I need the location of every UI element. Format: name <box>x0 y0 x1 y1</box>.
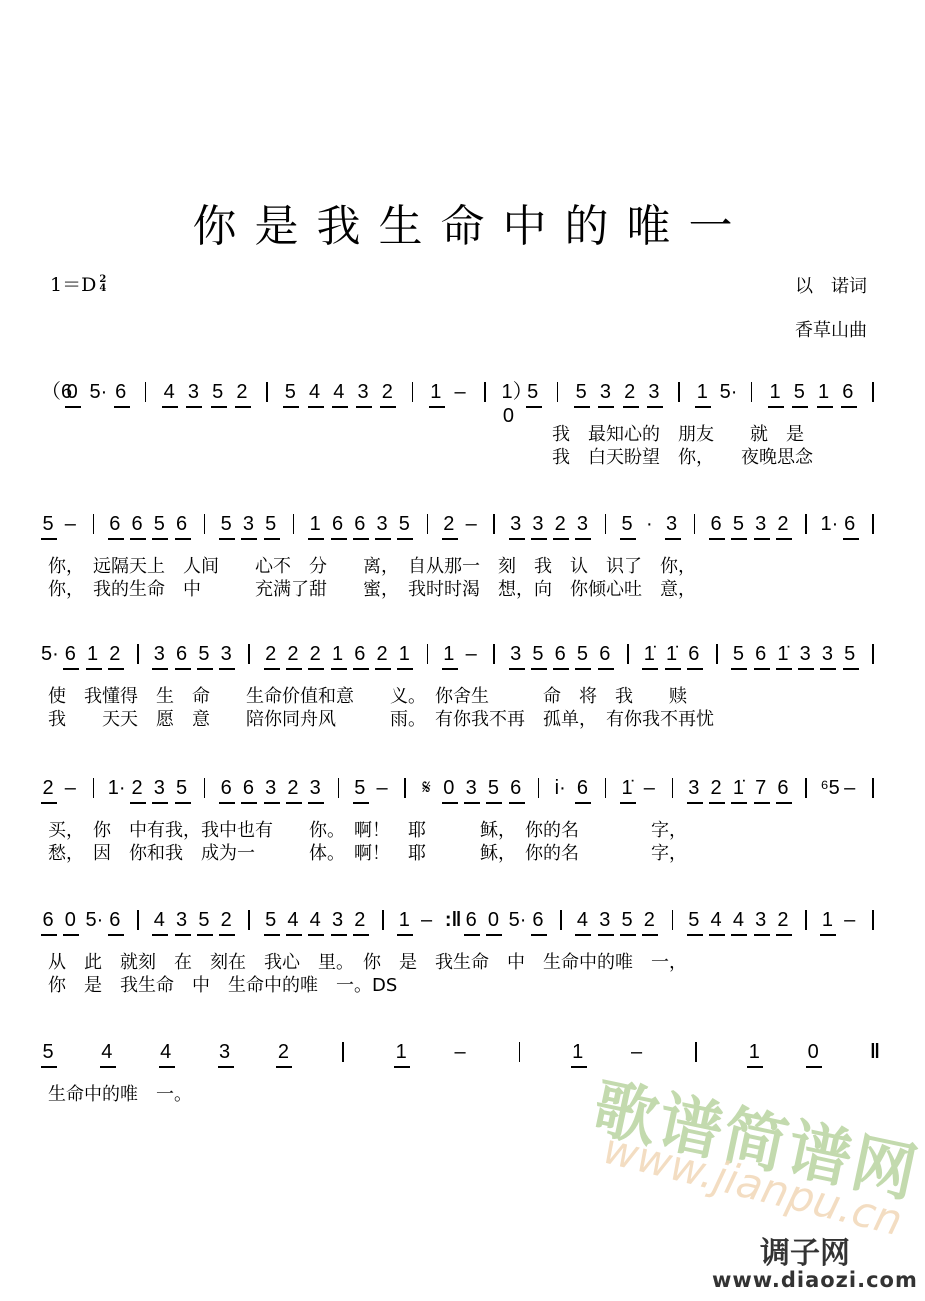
note: 2 <box>380 380 394 404</box>
note: ⁶5 <box>820 776 834 800</box>
note: 2 <box>375 642 389 666</box>
underline-beam <box>731 802 747 804</box>
note: 1 <box>820 908 834 932</box>
underline-beam <box>331 934 347 936</box>
note: 1̇ <box>642 642 656 666</box>
note: 1 <box>308 512 322 536</box>
note: i· <box>553 776 567 800</box>
note: 2 <box>286 776 300 800</box>
note: 4 <box>162 380 176 404</box>
bar-line <box>145 382 147 402</box>
notation-line: 2–1·235663235–𝄋0356i·61̇–321̇76⁶5– <box>0 776 925 816</box>
note: 5· <box>86 908 100 932</box>
note: 6 <box>843 512 857 536</box>
note: 4 <box>308 380 322 404</box>
bar-line <box>404 778 406 798</box>
note: 3 <box>219 642 233 666</box>
note: 6 <box>114 380 128 404</box>
double-bar-line: ‖ <box>868 1040 882 1064</box>
underline-beam <box>286 934 302 936</box>
note: 4 <box>308 908 322 932</box>
underline-beam <box>219 802 235 804</box>
underline-beam <box>526 406 542 408</box>
watermark-site-url: www.diaozi.com <box>712 1268 918 1292</box>
note: 3 <box>665 512 679 536</box>
underline-beam <box>152 538 168 540</box>
bar-line <box>412 382 414 402</box>
note: 6 <box>509 776 523 800</box>
note: 2 <box>553 512 567 536</box>
underline-beam <box>397 668 413 670</box>
note: 5 <box>620 908 634 932</box>
underline-beam <box>108 538 124 540</box>
note: – <box>464 642 478 666</box>
note: 2 <box>264 642 278 666</box>
underline-beam <box>175 668 191 670</box>
bar-line <box>266 382 268 402</box>
note: 3 <box>798 642 812 666</box>
note: 3 <box>509 642 523 666</box>
lyrics-verse-2: 我 天天 愿 意 陪你同舟风 雨。 有你我不再 孤单， 有你我不再忧 <box>48 709 714 731</box>
note: 5 <box>175 776 189 800</box>
underline-beam <box>754 802 770 804</box>
bar-line <box>248 910 250 930</box>
underline-beam <box>574 406 590 408</box>
bar-line <box>805 778 807 798</box>
note: 4 <box>152 908 166 932</box>
note: 0 <box>442 776 456 800</box>
underline-beam <box>219 934 235 936</box>
note: 5 <box>283 380 297 404</box>
note: 6 <box>175 642 189 666</box>
underline-beam <box>63 934 79 936</box>
bar-line <box>627 644 629 664</box>
note: 6 <box>219 776 233 800</box>
notation-line: （605·64352544321–1）05532315·1516 <box>0 380 925 420</box>
underline-beam <box>152 802 168 804</box>
underline-beam <box>792 406 808 408</box>
note: 1 <box>695 380 709 404</box>
note: 5· <box>41 642 55 666</box>
double-bar-line: :‖ <box>445 908 459 932</box>
watermark-site: 调子网 <box>760 1228 850 1272</box>
note: 3 <box>531 512 545 536</box>
underline-beam <box>264 668 280 670</box>
note: 5 <box>731 512 745 536</box>
underline-beam <box>218 1066 234 1068</box>
underline-beam <box>776 668 792 670</box>
note: 3 <box>175 908 189 932</box>
note: 1）0 <box>501 380 515 428</box>
note: 1 <box>571 1040 585 1064</box>
note: 2 <box>308 642 322 666</box>
note: 5 <box>211 380 225 404</box>
underline-beam <box>486 802 502 804</box>
note: 6 <box>41 908 55 932</box>
underline-beam <box>308 668 324 670</box>
note: 5 <box>575 642 589 666</box>
note: 4 <box>159 1040 173 1064</box>
note: 1 <box>817 380 831 404</box>
underline-beam <box>175 538 191 540</box>
bar-line <box>427 644 429 664</box>
bar-line <box>137 644 139 664</box>
bar-line <box>872 644 874 664</box>
note: 3 <box>356 380 370 404</box>
note: 5 <box>531 642 545 666</box>
bar-line <box>716 644 718 664</box>
note: 1̇ <box>731 776 745 800</box>
underline-beam <box>442 668 458 670</box>
note: 3 <box>152 776 166 800</box>
bar-line <box>560 910 562 930</box>
underline-beam <box>687 668 703 670</box>
underline-beam <box>108 668 124 670</box>
bar-line <box>605 514 607 534</box>
watermark-cn: 歌谱简谱网 <box>586 1057 925 1216</box>
composer-credit: 香草山曲 <box>795 316 867 342</box>
note: 3 <box>754 512 768 536</box>
note: – <box>464 512 478 536</box>
underline-beam <box>531 538 547 540</box>
note: 3 <box>464 776 478 800</box>
bar-line <box>338 778 340 798</box>
underline-beam <box>754 538 770 540</box>
underline-beam <box>235 406 251 408</box>
lyrics-verse-2: 你， 我的生命 中 充满了甜 蜜， 我时时渴 想，向 你倾心吐 意， <box>48 579 696 601</box>
note: 1· <box>820 512 834 536</box>
bar-line <box>293 514 295 534</box>
underline-beam <box>575 934 591 936</box>
note: 2 <box>623 380 637 404</box>
note: 5 <box>152 512 166 536</box>
underline-beam <box>264 802 280 804</box>
underline-beam <box>442 538 458 540</box>
underline-beam <box>197 668 213 670</box>
note: 6 <box>754 642 768 666</box>
bar-line <box>137 910 139 930</box>
underline-beam <box>509 538 525 540</box>
note: 2 <box>41 776 55 800</box>
underline-beam <box>776 538 792 540</box>
note: 3 <box>331 908 345 932</box>
time-signature: 2 4 <box>99 275 106 293</box>
note: 2 <box>642 908 656 932</box>
underline-beam <box>211 406 227 408</box>
bar-line <box>872 910 874 930</box>
note: 2 <box>276 1040 290 1064</box>
note: – <box>63 776 77 800</box>
bar-line <box>695 1042 697 1062</box>
underline-beam <box>264 934 280 936</box>
bar-line <box>538 778 540 798</box>
underline-beam <box>41 1066 57 1068</box>
underline-beam <box>332 406 348 408</box>
note: 5 <box>41 1040 55 1064</box>
underline-beam <box>353 538 369 540</box>
bar-line <box>672 910 674 930</box>
lyrics-verse-2: 我 白天盼望 你， 夜晚思念 <box>552 447 813 469</box>
bar-line <box>694 514 696 534</box>
note: 2 <box>776 512 790 536</box>
note: 1 <box>397 642 411 666</box>
note: 6 <box>575 776 589 800</box>
bar-line <box>805 514 807 534</box>
note: 2 <box>130 776 144 800</box>
underline-beam <box>687 934 703 936</box>
underline-beam <box>175 934 191 936</box>
note: 5 <box>792 380 806 404</box>
note: 1 <box>442 642 456 666</box>
note: 5 <box>574 380 588 404</box>
underline-beam <box>429 406 445 408</box>
note: 5 <box>264 512 278 536</box>
underline-beam <box>375 538 391 540</box>
note: 1̇ <box>776 642 790 666</box>
song-title: 你是我生命中的唯一 <box>0 190 925 254</box>
note: 4 <box>709 908 723 932</box>
bar-line <box>872 514 874 534</box>
note: 6 <box>175 512 189 536</box>
note: 2 <box>219 908 233 932</box>
note: 6 <box>108 512 122 536</box>
note: 5 <box>687 908 701 932</box>
note: 3 <box>647 380 661 404</box>
note: – <box>375 776 389 800</box>
note: 6 <box>553 642 567 666</box>
underline-beam <box>331 668 347 670</box>
underline-beam <box>353 668 369 670</box>
underline-beam <box>353 802 369 804</box>
note: 1 <box>429 380 443 404</box>
notation-line: 605·64352544321–:‖605·64352544321– <box>0 908 925 948</box>
underline-beam <box>219 538 235 540</box>
bar-line <box>605 778 607 798</box>
underline-beam <box>308 406 324 408</box>
note: 2 <box>286 642 300 666</box>
underline-beam <box>397 934 413 936</box>
underline-beam <box>375 668 391 670</box>
bar-line <box>751 382 753 402</box>
underline-beam <box>308 934 324 936</box>
underline-beam <box>286 668 302 670</box>
note: 3 <box>687 776 701 800</box>
note: 3 <box>152 642 166 666</box>
underline-beam <box>754 668 770 670</box>
underline-beam <box>152 668 168 670</box>
note: – <box>843 908 857 932</box>
underline-beam <box>598 668 614 670</box>
underline-beam <box>623 406 639 408</box>
underline-beam <box>464 934 480 936</box>
note: – <box>420 908 434 932</box>
underline-beam <box>175 802 191 804</box>
note: 4 <box>575 908 589 932</box>
underline-beam <box>397 538 413 540</box>
underline-beam <box>553 668 569 670</box>
underline-beam <box>331 538 347 540</box>
underline-beam <box>308 538 324 540</box>
underline-beam <box>776 934 792 936</box>
note: 5· <box>89 380 103 404</box>
underline-beam <box>100 1066 116 1068</box>
key-label: 1＝D <box>50 270 96 297</box>
note: （6 <box>41 380 55 404</box>
underline-beam <box>283 406 299 408</box>
note: 3 <box>186 380 200 404</box>
note: 𝄋 <box>420 776 434 800</box>
underline-beam <box>114 406 130 408</box>
underline-beam <box>108 934 124 936</box>
lyrics-verse-2: 你 是 我生命 中 生命中的唯 一。DS <box>48 975 397 997</box>
bar-line <box>93 514 95 534</box>
bar-line <box>672 778 674 798</box>
underline-beam <box>41 934 57 936</box>
note: 5 <box>197 642 211 666</box>
underline-beam <box>642 934 658 936</box>
lyrics-verse-2: 愁， 因 你和我 成为一 体。 啊！ 耶 稣， 你的名 字， <box>48 843 687 865</box>
underline-beam <box>152 934 168 936</box>
note: 5 <box>397 512 411 536</box>
note: – <box>453 1040 467 1064</box>
note: 5 <box>197 908 211 932</box>
note: 5 <box>731 642 745 666</box>
underline-beam <box>531 668 547 670</box>
note: 0 <box>65 380 79 404</box>
underline-beam <box>768 406 784 408</box>
underline-beam <box>687 802 703 804</box>
note: 6 <box>130 512 144 536</box>
underline-beam <box>731 934 747 936</box>
note: 0 <box>486 908 500 932</box>
underline-beam <box>464 802 480 804</box>
underline-beam <box>575 538 591 540</box>
underline-beam <box>264 538 280 540</box>
note: 5 <box>219 512 233 536</box>
note: 4 <box>731 908 745 932</box>
underline-beam <box>754 934 770 936</box>
underline-beam <box>41 538 57 540</box>
bar-line <box>204 514 206 534</box>
note: 6 <box>108 908 122 932</box>
note: 3 <box>241 512 255 536</box>
note: 6 <box>241 776 255 800</box>
underline-beam <box>186 406 202 408</box>
note: – <box>453 380 467 404</box>
underline-beam <box>820 668 836 670</box>
bar-line <box>557 382 559 402</box>
underline-beam <box>747 1066 763 1068</box>
underline-beam <box>380 406 396 408</box>
lyrics-verse-1: 我 最知心的 朋友 就 是 <box>552 424 804 446</box>
underline-beam <box>509 802 525 804</box>
note: 6 <box>598 642 612 666</box>
underline-beam <box>509 668 525 670</box>
underline-beam <box>642 668 658 670</box>
key-signature: 1＝D 2 4 <box>50 270 106 297</box>
underline-beam <box>598 406 614 408</box>
note: 4 <box>100 1040 114 1064</box>
lyrics-verse-1: 生命中的唯 一。 <box>48 1084 192 1106</box>
note: 5· <box>509 908 523 932</box>
note: 1̇ <box>620 776 634 800</box>
bar-line <box>493 514 495 534</box>
underline-beam <box>571 1066 587 1068</box>
note: 3 <box>598 380 612 404</box>
note: 5 <box>620 512 634 536</box>
note: 0 <box>63 908 77 932</box>
bar-line <box>493 644 495 664</box>
note: 4 <box>286 908 300 932</box>
underline-beam <box>647 406 663 408</box>
note: 1 <box>768 380 782 404</box>
underline-beam <box>820 934 836 936</box>
underline-beam <box>63 668 79 670</box>
underline-beam <box>41 802 57 804</box>
note: 5 <box>486 776 500 800</box>
underline-beam <box>353 934 369 936</box>
note: 3 <box>598 908 612 932</box>
note: 3 <box>375 512 389 536</box>
bar-line <box>204 778 206 798</box>
note: 6 <box>709 512 723 536</box>
note: 2 <box>776 908 790 932</box>
lyrics-verse-1: 使 我懂得 生 命 生命价值和意 义。 你舍生 命 将 我 赎 <box>48 686 687 708</box>
note: 3 <box>754 908 768 932</box>
underline-beam <box>86 668 102 670</box>
note: 3 <box>218 1040 232 1064</box>
bar-line <box>427 514 429 534</box>
underline-beam <box>241 802 257 804</box>
underline-beam <box>130 802 146 804</box>
underline-beam <box>130 538 146 540</box>
bar-line <box>248 644 250 664</box>
underline-beam <box>531 934 547 936</box>
underline-beam <box>286 802 302 804</box>
underline-beam <box>65 406 81 408</box>
note: 3 <box>509 512 523 536</box>
note: 6 <box>841 380 855 404</box>
underline-beam <box>731 538 747 540</box>
note: 0 <box>806 1040 820 1064</box>
note: 2 <box>235 380 249 404</box>
note: 6 <box>687 642 701 666</box>
note: 2 <box>709 776 723 800</box>
underline-beam <box>159 1066 175 1068</box>
note: 3 <box>264 776 278 800</box>
underline-beam <box>442 802 458 804</box>
underline-beam <box>575 802 591 804</box>
underline-beam <box>798 668 814 670</box>
note: 1 <box>394 1040 408 1064</box>
underline-beam <box>665 668 681 670</box>
note: 5 <box>41 512 55 536</box>
underline-beam <box>620 934 636 936</box>
bar-line <box>484 382 486 402</box>
bar-line <box>93 778 95 798</box>
note: 2 <box>353 908 367 932</box>
note: 1̇ <box>665 642 679 666</box>
note: 3 <box>575 512 589 536</box>
underline-beam <box>620 538 636 540</box>
note: – <box>843 776 857 800</box>
note: – <box>642 776 656 800</box>
lyricist-credit: 以 诺词 <box>795 272 867 298</box>
note: 1 <box>747 1040 761 1064</box>
note: 6 <box>331 512 345 536</box>
note: – <box>630 1040 644 1064</box>
note: 6 <box>531 908 545 932</box>
